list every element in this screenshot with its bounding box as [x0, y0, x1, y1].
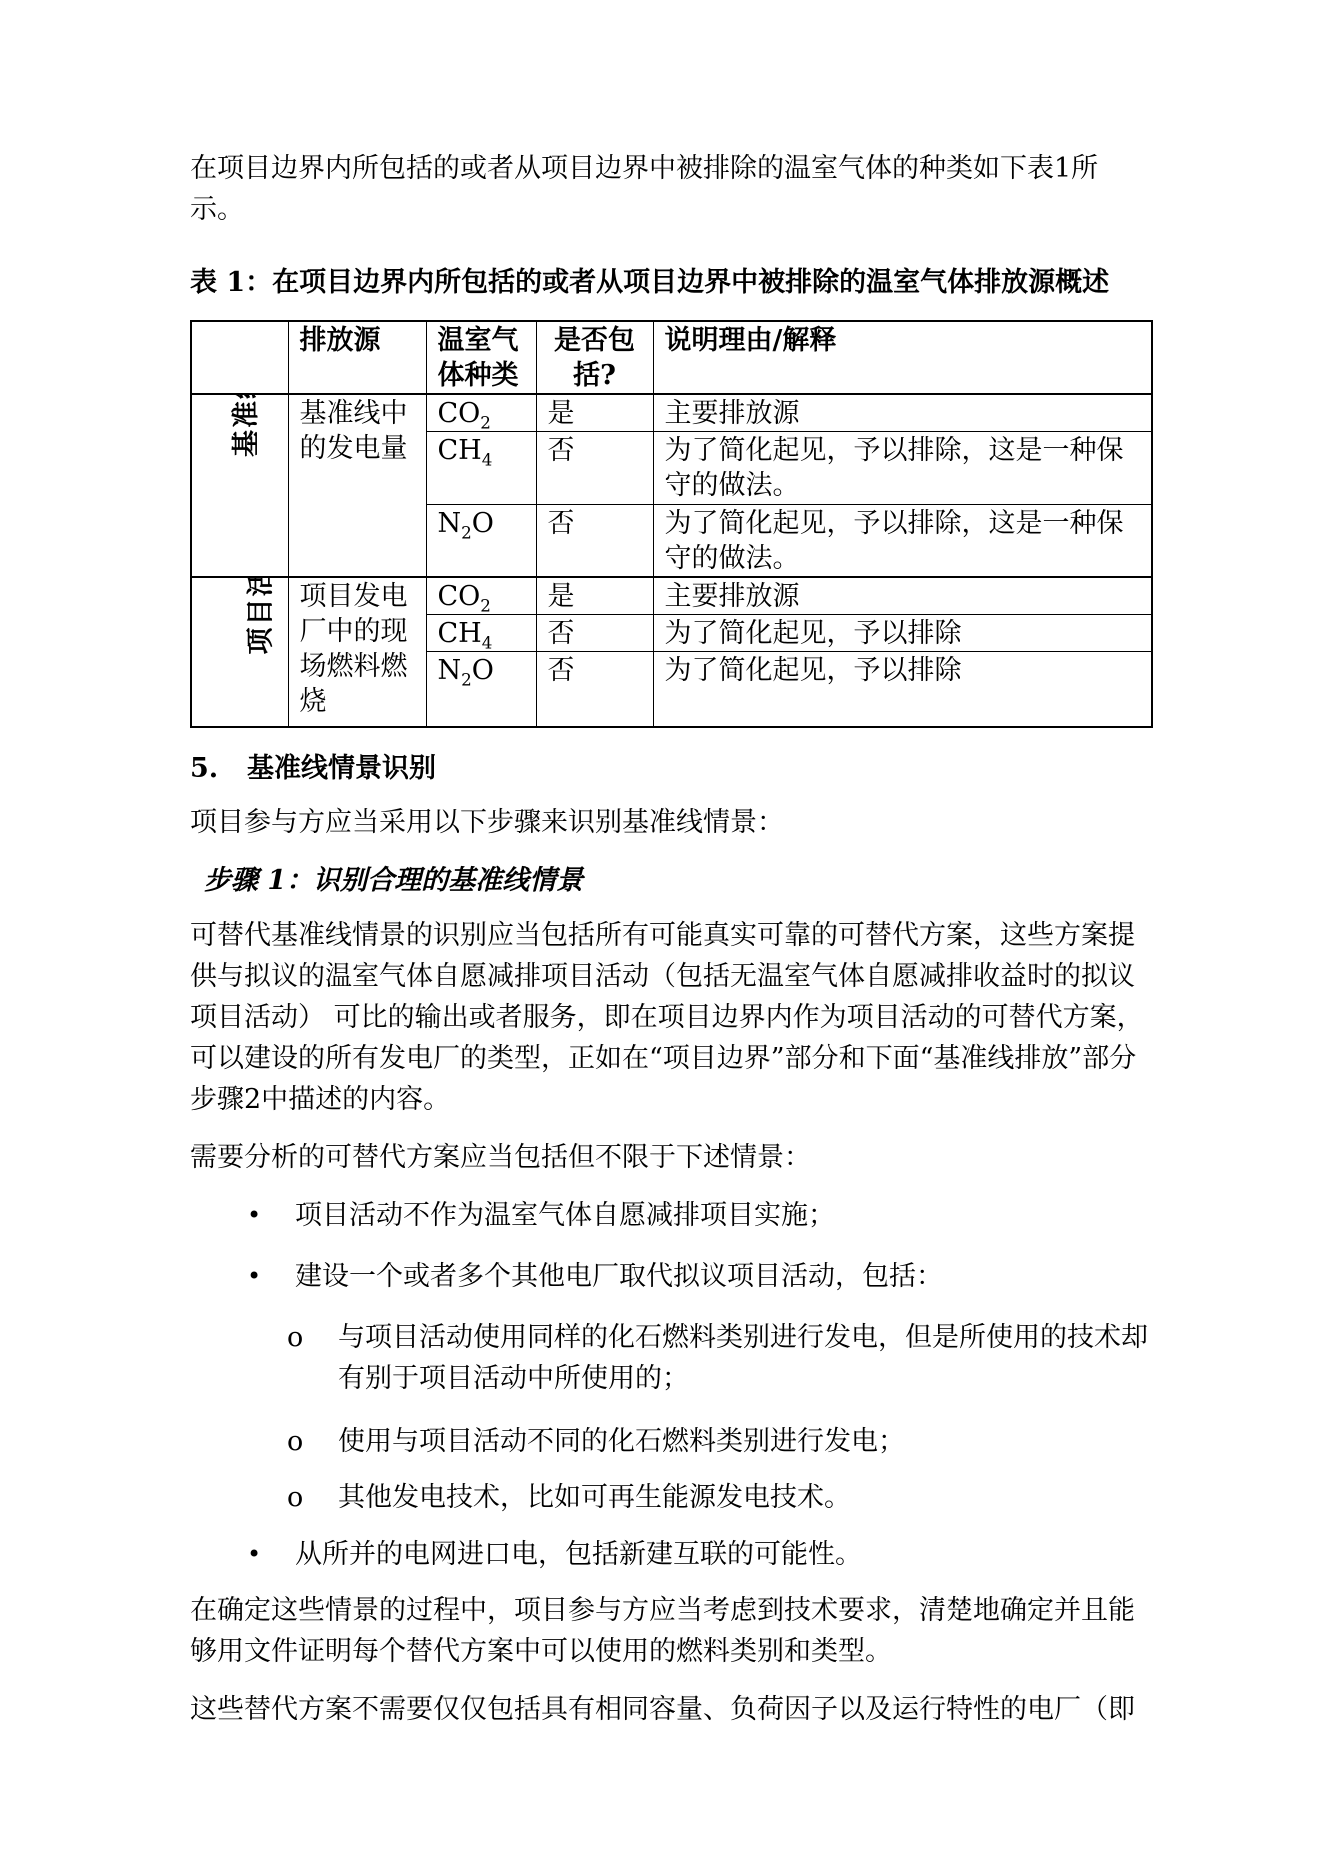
alternatives-intro-paragraph: 需要分析的可替代方案应当包括但不限于下述情景：: [190, 1137, 1152, 1178]
gas-cell: CO2: [426, 394, 536, 432]
reason-cell: 为了简化起见，予以排除: [653, 615, 1152, 652]
bullet-icon: •: [247, 1256, 295, 1297]
alternatives-note-paragraph: 这些替代方案不需要仅仅包括具有相同容量、负荷因子以及运行特性的电厂（即: [190, 1689, 1152, 1730]
gas-cell: CH4: [426, 615, 536, 652]
reason-cell: 主要排放源: [653, 577, 1152, 615]
included-cell: 否: [536, 505, 653, 578]
gas-cell: N2O: [426, 505, 536, 578]
bullet-icon: •: [247, 1195, 295, 1236]
bullet-item: • 项目活动不作为温室气体自愿减排项目实施；: [190, 1195, 1152, 1236]
bullet-text: 从所并的电网进口电，包括新建互联的可能性。: [295, 1534, 1152, 1575]
group-label-baseline: 基准线: [191, 394, 288, 577]
included-cell: 否: [536, 615, 653, 652]
bullet-text: 建设一个或者多个其他电厂取代拟议项目活动，包括：: [295, 1256, 1152, 1297]
ghg-emission-sources-table: 排放源 温室气 体种类 是否包 括? 说明理由/解释 基准线 基准线中 的发电量…: [190, 320, 1153, 728]
table-header-row: 排放源 温室气 体种类 是否包 括? 说明理由/解释: [191, 321, 1152, 394]
sub-bullet-icon: o: [287, 1317, 338, 1399]
included-cell: 否: [536, 652, 653, 728]
sub-bullet-item: o 其他发电技术，比如可再生能源发电技术。: [190, 1477, 1152, 1518]
group-label-project-activity: 项目活动: [191, 577, 288, 727]
sub-bullet-icon: o: [287, 1477, 338, 1518]
sub-bullet-text: 与项目活动使用同样的化石燃料类别进行发电，但是所使用的技术却 有别于项目活动中所…: [338, 1317, 1152, 1399]
steps-intro-paragraph: 项目参与方应当采用以下步骤来识别基准线情景：: [190, 802, 1152, 843]
sub-bullet-icon: o: [287, 1421, 338, 1462]
section-heading-5: 5. 基准线情景识别: [190, 748, 1152, 789]
sub-bullet-text: 使用与项目活动不同的化石燃料类别进行发电；: [338, 1421, 1152, 1462]
table-title: 表 1：在项目边界内所包括的或者从项目边界中被排除的温室气体排放源概述: [190, 262, 1152, 303]
included-cell: 是: [536, 394, 653, 432]
intro-paragraph: 在项目边界内所包括的或者从项目边界中被排除的温室气体的种类如下表1所 示。: [190, 148, 1152, 230]
included-cell: 否: [536, 432, 653, 505]
table-row: 项目活动 项目发电 厂中的现 场燃料燃 烧 CO2 是 主要排放源: [191, 577, 1152, 615]
step1-heading: 步骤 1：识别合理的基准线情景: [190, 860, 1152, 901]
gas-cell: N2O: [426, 652, 536, 728]
bullet-text: 项目活动不作为温室气体自愿减排项目实施；: [295, 1195, 1152, 1236]
reason-cell: 为了简化起见，予以排除: [653, 652, 1152, 728]
gas-cell: CO2: [426, 577, 536, 615]
reason-cell: 主要排放源: [653, 394, 1152, 432]
header-corner-cell: [191, 321, 288, 394]
header-source: 排放源: [288, 321, 426, 394]
header-reason: 说明理由/解释: [653, 321, 1152, 394]
step1-body-paragraph: 可替代基准线情景的识别应当包括所有可能真实可靠的可替代方案，这些方案提 供与拟议…: [190, 915, 1152, 1120]
included-cell: 是: [536, 577, 653, 615]
document-page: { "doc": { "intro": "在项目边界内所包括的或者从项目边界中被…: [0, 0, 1323, 1871]
reason-cell: 为了简化起见，予以排除，这是一种保守的做法。: [653, 505, 1152, 578]
header-included: 是否包 括?: [536, 321, 653, 394]
determining-paragraph: 在确定这些情景的过程中，项目参与方应当考虑到技术要求，清楚地确定并且能 够用文件…: [190, 1590, 1152, 1672]
source-cell: 项目发电 厂中的现 场燃料燃 烧: [288, 577, 426, 727]
table-row: 基准线 基准线中 的发电量 CO2 是 主要排放源: [191, 394, 1152, 432]
section-title: 基准线情景识别: [247, 748, 436, 789]
section-number: 5.: [190, 748, 247, 789]
gas-cell: CH4: [426, 432, 536, 505]
sub-bullet-item: o 与项目活动使用同样的化石燃料类别进行发电，但是所使用的技术却 有别于项目活动…: [190, 1317, 1152, 1399]
sub-bullet-text: 其他发电技术，比如可再生能源发电技术。: [338, 1477, 1152, 1518]
source-cell: 基准线中 的发电量: [288, 394, 426, 577]
page-content: 在项目边界内所包括的或者从项目边界中被排除的温室气体的种类如下表1所 示。 表 …: [190, 148, 1152, 1747]
header-gas-type: 温室气 体种类: [426, 321, 536, 394]
bullet-item: • 建设一个或者多个其他电厂取代拟议项目活动，包括：: [190, 1256, 1152, 1297]
bullet-item: • 从所并的电网进口电，包括新建互联的可能性。: [190, 1534, 1152, 1575]
reason-cell: 为了简化起见，予以排除，这是一种保守的做法。: [653, 432, 1152, 505]
bullet-icon: •: [247, 1534, 295, 1575]
sub-bullet-item: o 使用与项目活动不同的化石燃料类别进行发电；: [190, 1421, 1152, 1462]
